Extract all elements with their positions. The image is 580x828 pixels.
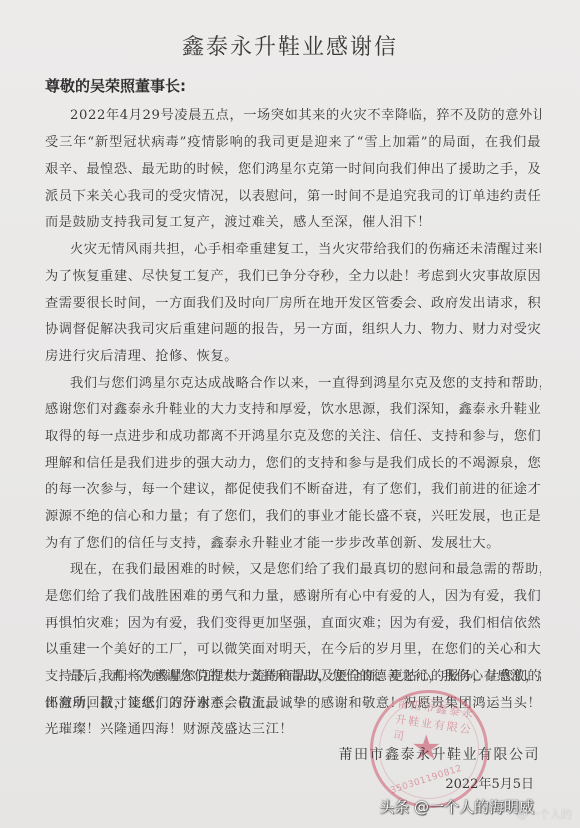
body-line: 查需要很长时间，一方面我们及时向厂房所在地开发区管委会、政府发出请求，积极 [45,292,541,311]
body-line: 感谢您们对鑫泰永升鞋业的大力支持和厚爱，饮水思源，我们深知，鑫泰永升鞋业所 [45,398,541,417]
body-line: 再惧怕灾难；因为有爱，我们变得更加坚强，直面灾难；因为有爱，我们相信依然可 [45,612,541,631]
body-line: 派员下来关心我司的受灾情况，以表慰问，第一时间不是追究我司的订单违约责任， [45,185,541,204]
body-line: 火灾无情风雨共担，心手相牵重建复工，当火灾带给我们的伤痛还未清醒过来时， [70,238,541,257]
body-line: 理解和信任是我们进步的强大动力，您们的支持和参与是我们成长的不竭源泉，您们 [45,452,541,471]
salutation: 尊敬的吴荣照董事长: [45,75,186,96]
body-line: 现在，在我们最困难的时候，又是您们给了我们最真切的慰问和最急需的帮助， [70,558,541,577]
body-line: 是您们给了我们战胜困难的勇气和力量，感谢所有心中有爱的人，因为有爱，我们不 [45,585,541,604]
body-line: 艰辛、最惶恐、最无助的时候，您们鸿星尔克第一时间向我们伸出了援助之手，及时 [45,158,541,177]
body-line: 房进行灾后清理、抢修、恢复。 [45,345,541,364]
body-line: 2022年4月29号凌晨五点，一场突如其来的火灾不幸降临，猝不及防的意外让饱 [70,104,541,123]
body-line: 以重建一个美好的工厂，可以微笑面对明天，在今后的岁月里，在您们的关心和大力 [45,638,541,657]
secondary-watermark: @一个人的 [517,806,572,822]
signature-company: 莆田市鑫泰永升鞋业有限公司 [339,744,541,764]
letter-page: 鑫泰永升鞋业感谢信 尊敬的吴荣照董事长: 2022年4月29号凌晨五点，一场突如… [0,0,580,828]
body-line: 为有了您们的信任与支持，鑫泰永升鞋业才能一步步改革创新、发展壮大。 [45,532,541,551]
body-line: 而是鼓励支持我司复工复产，渡过难关，感人至深，催人泪下！ [45,211,541,230]
body-line: 为了恢复重建、尽快复工复产，我们已争分夺秒，全力以赴！考虑到火灾事故原因调 [45,265,541,284]
body-line: 受三年“新型冠状病毒”疫情影响的我司更是迎来了“雪上加霜”的局面，在我们最 [45,131,541,150]
body-line: 的每一次参与，每一个建议，都促使我们不断奋进，有了您们，我们前进的征途才有 [45,478,541,497]
toutiao-watermark: 头条 @一个人的海明威 [379,796,534,817]
letter-title: 鑫泰永升鞋业感谢信 [0,30,580,61]
body-line: 协调督促解决我司灾后重建问题的报告，另一方面，组织人力、物力、财力对受灾厂 [45,318,541,337]
body-line: 取得的每一点进步和成功都离不开鸿星尔克及您的关注、信任、支持和参与，您们的 [45,425,541,444]
body-line: 我们与您们鸿星尔克达成战略合作以来，一直得到鸿星尔克及您的支持和帮助， [70,372,541,391]
closing-line: 最后，再一次感谢您们的大力支持和帮助，您们的德善之行，我们心存感激，满 [70,665,541,684]
body-line: 源源不绝的信心和力量；有了您们，我们的事业才能长盛不衰，兴旺发展，也正是因 [45,505,541,524]
signature-date: 2022年5月5日 [445,773,534,792]
